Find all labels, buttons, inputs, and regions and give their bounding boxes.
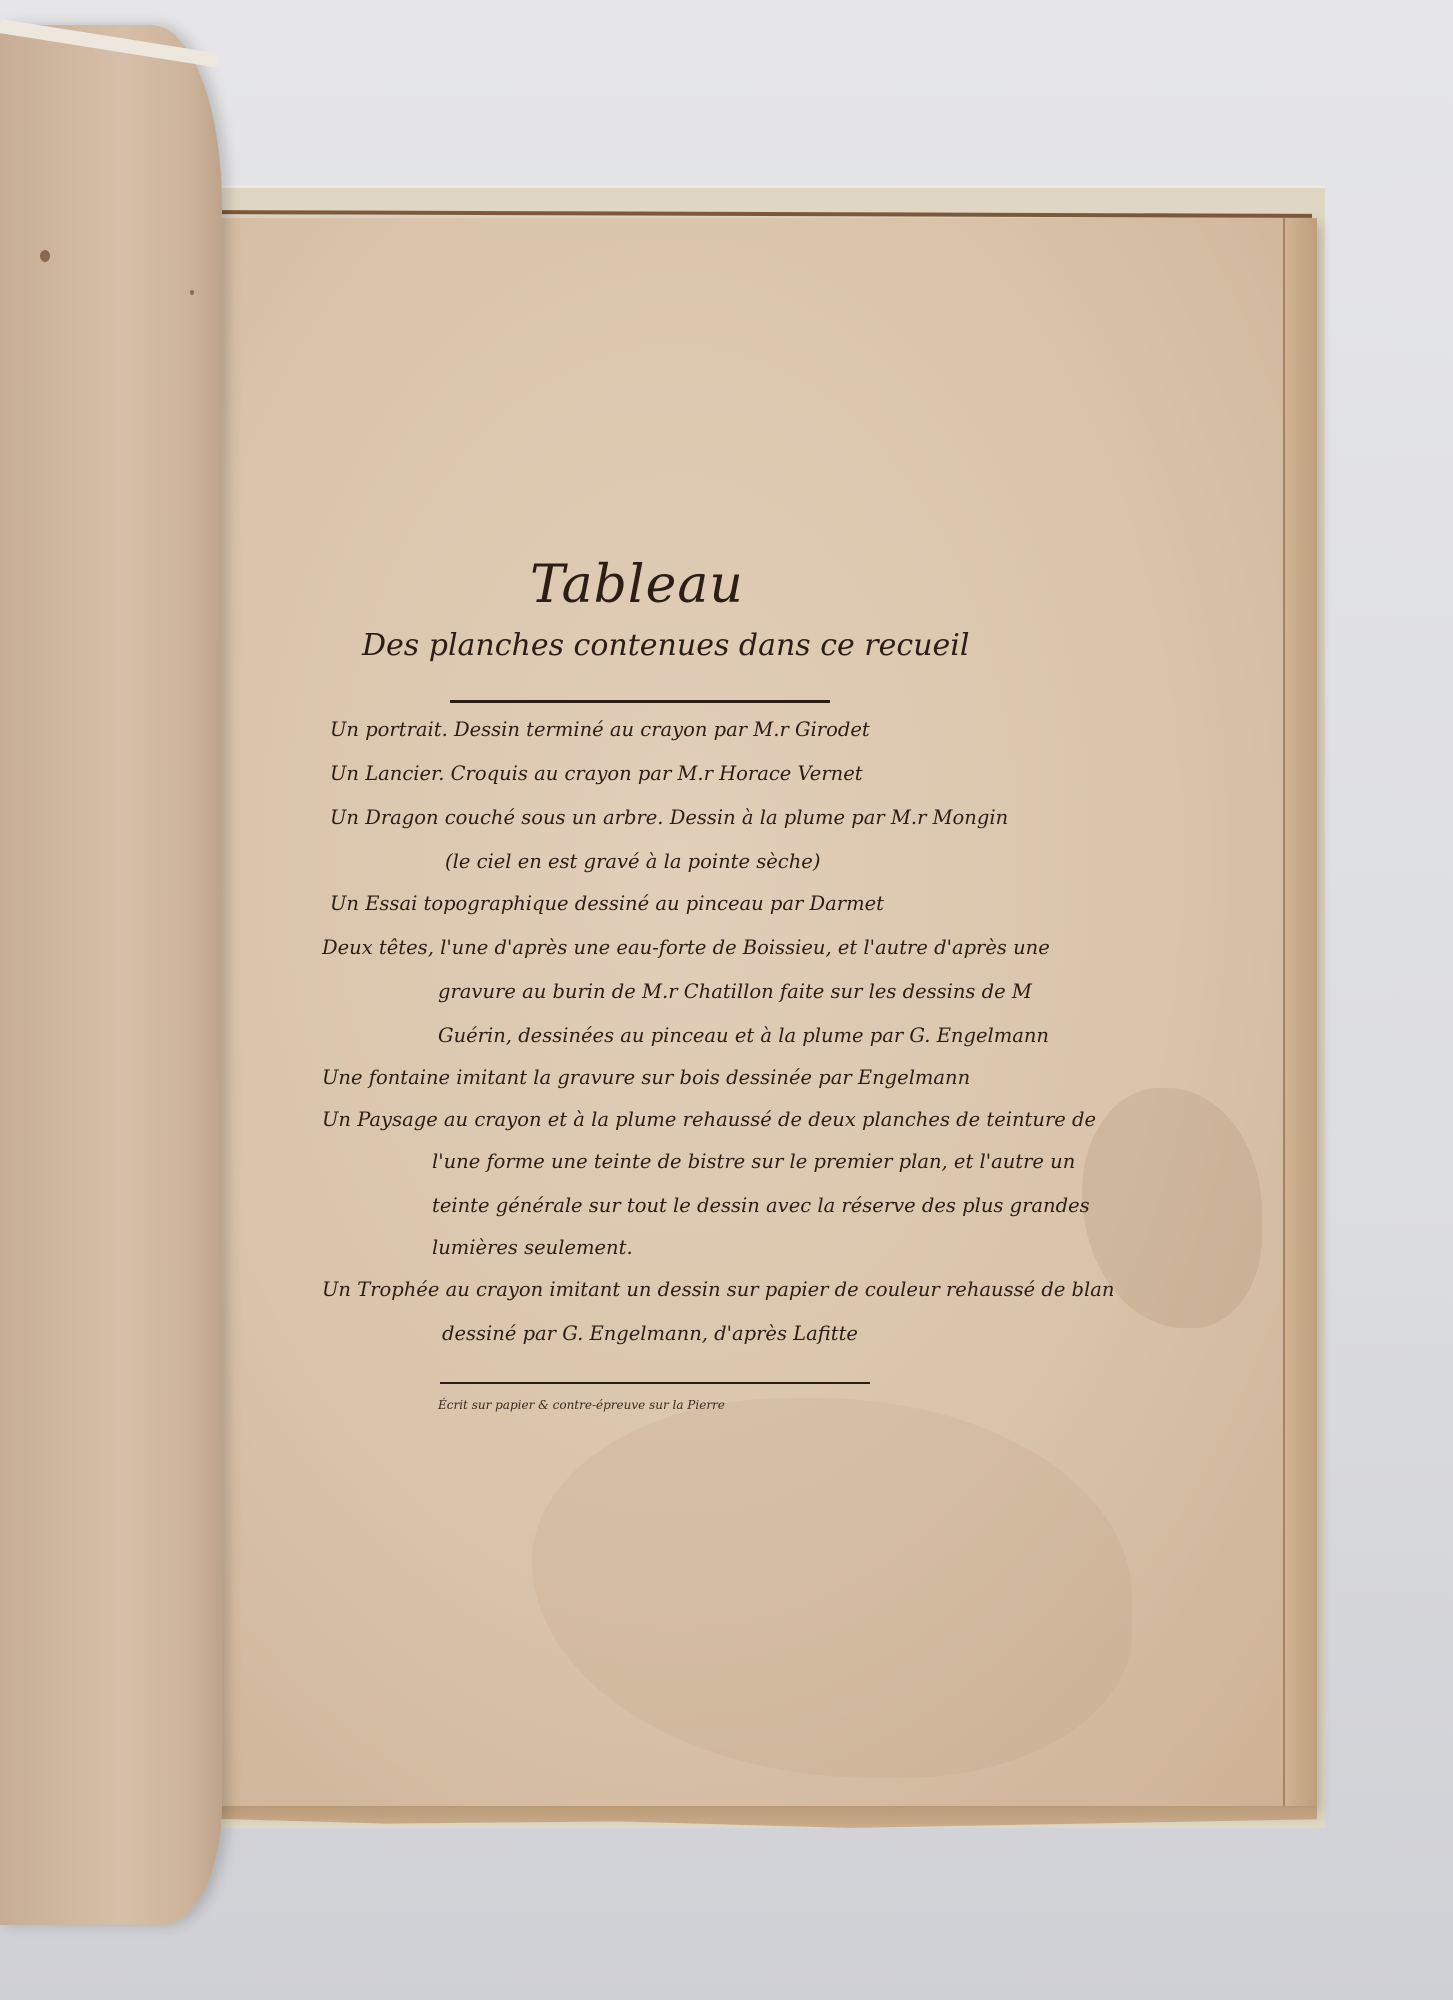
foxing-spot [40, 250, 50, 262]
entry-line: Guérin, dessinées au pinceau et à la plu… [438, 1024, 1049, 1047]
entry-line: lumières seulement. [432, 1236, 633, 1259]
entry-line: Deux têtes, l'une d'après une eau-forte … [322, 936, 1050, 959]
left-page-edge [0, 19, 218, 67]
entry-line: Un Dragon couché sous un arbre. Dessin à… [330, 806, 1008, 829]
entry-line: Un Paysage au crayon et à la plume rehau… [322, 1108, 1096, 1131]
entry-line: l'une forme une teinte de bistre sur le … [432, 1150, 1075, 1173]
entry-line: Une fontaine imitant la gravure sur bois… [322, 1066, 970, 1089]
entry-line: Un Lancier. Croquis au crayon par M.r Ho… [330, 762, 863, 785]
entry-line: Un portrait. Dessin terminé au crayon pa… [330, 718, 870, 741]
entry-line: Un Trophée au crayon imitant un dessin s… [322, 1278, 1114, 1301]
left-curled-page [0, 25, 222, 1925]
entry-line: dessiné par G. Engelmann, d'après Lafitt… [442, 1322, 858, 1345]
page-right-edge [1283, 218, 1317, 1808]
entry-line: Un Essai topographique dessiné au pincea… [330, 892, 884, 915]
footer-rule [440, 1382, 870, 1384]
manuscript-page [152, 218, 1317, 1808]
entry-line: (le ciel en est gravé à la pointe sèche) [445, 850, 820, 873]
footer-note: Écrit sur papier & contre-épreuve sur la… [438, 1398, 725, 1412]
entry-line: teinte générale sur tout le dessin avec … [432, 1194, 1090, 1217]
page-title: Tableau [530, 555, 744, 615]
foxing-spot [190, 290, 194, 295]
entry-line: gravure au burin de M.r Chatillon faite … [438, 980, 1032, 1003]
title-rule [450, 700, 830, 703]
page-subtitle: Des planches contenues dans ce recueil [362, 628, 969, 663]
water-stain [532, 1398, 1132, 1778]
